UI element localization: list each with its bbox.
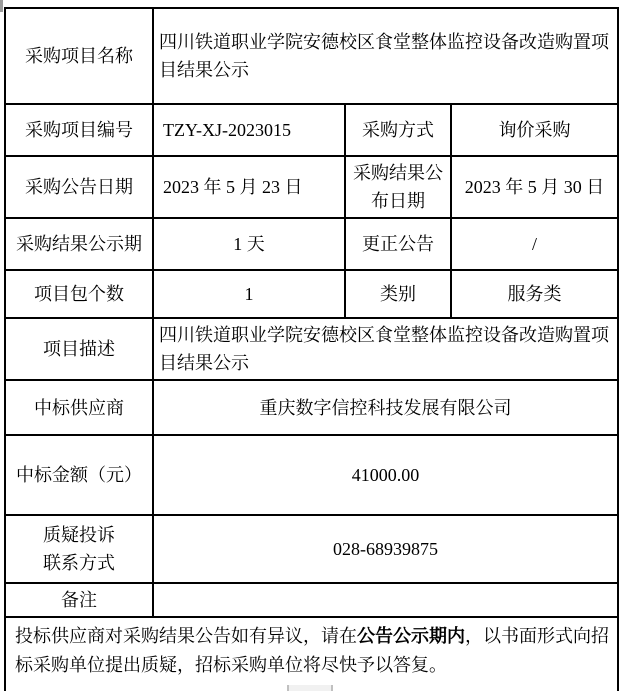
value-remarks — [153, 583, 618, 617]
value-project-number: TZY-XJ-2023015 — [153, 104, 345, 156]
value-winning-amount: 41000.00 — [153, 435, 618, 515]
row-project-name: 采购项目名称 四川铁道职业学院安德校区食堂整体监控设备改造购置项目结果公示 — [5, 8, 618, 104]
row-winning-amount: 中标金额（元） 41000.00 — [5, 435, 618, 515]
procurement-result-table: 采购项目名称 四川铁道职业学院安德校区食堂整体监控设备改造购置项目结果公示 采购… — [4, 7, 619, 691]
value-announce-date: 2023 年 5 月 23 日 — [153, 156, 345, 218]
label-correction-notice: 更正公告 — [345, 218, 451, 270]
row-complaint-contact: 质疑投诉 联系方式 028-68939875 — [5, 515, 618, 583]
label-publicity-period: 采购结果公示期 — [5, 218, 153, 270]
value-category: 服务类 — [451, 270, 618, 318]
value-project-name: 四川铁道职业学院安德校区食堂整体监控设备改造购置项目结果公示 — [153, 8, 618, 104]
label-winning-supplier: 中标供应商 — [5, 380, 153, 435]
scan-artifact-bottom — [287, 685, 333, 691]
footer-note-bold: 公告公示期内 — [357, 626, 465, 646]
label-complaint-contact-line1: 质疑投诉 — [43, 525, 115, 545]
row-project-number: 采购项目编号 TZY-XJ-2023015 采购方式 询价采购 — [5, 104, 618, 156]
row-publicity-period: 采购结果公示期 1 天 更正公告 / — [5, 218, 618, 270]
label-project-name: 采购项目名称 — [5, 8, 153, 104]
label-winning-amount: 中标金额（元） — [5, 435, 153, 515]
value-winning-supplier: 重庆数字信控科技发展有限公司 — [153, 380, 618, 435]
value-package-count: 1 — [153, 270, 345, 318]
footer-note-pre: 投标供应商对采购结果公告如有异议，请在 — [15, 626, 357, 646]
label-result-publish-date: 采购结果公布日期 — [345, 156, 451, 218]
value-project-desc: 四川铁道职业学院安德校区食堂整体监控设备改造购置项目结果公示 — [153, 318, 618, 380]
label-complaint-contact-line2: 联系方式 — [43, 553, 115, 573]
value-publicity-period: 1 天 — [153, 218, 345, 270]
label-complaint-contact: 质疑投诉 联系方式 — [5, 515, 153, 583]
label-category: 类别 — [345, 270, 451, 318]
row-winning-supplier: 中标供应商 重庆数字信控科技发展有限公司 — [5, 380, 618, 435]
value-result-publish-date: 2023 年 5 月 30 日 — [451, 156, 618, 218]
label-remarks: 备注 — [5, 583, 153, 617]
row-package-count: 项目包个数 1 类别 服务类 — [5, 270, 618, 318]
scan-artifact-corner — [0, 0, 3, 12]
label-package-count: 项目包个数 — [5, 270, 153, 318]
value-correction-notice: / — [451, 218, 618, 270]
row-remarks: 备注 — [5, 583, 618, 617]
procurement-result-document: 采购项目名称 四川铁道职业学院安德校区食堂整体监控设备改造购置项目结果公示 采购… — [0, 0, 622, 691]
label-announce-date: 采购公告日期 — [5, 156, 153, 218]
label-project-number: 采购项目编号 — [5, 104, 153, 156]
row-project-desc: 项目描述 四川铁道职业学院安德校区食堂整体监控设备改造购置项目结果公示 — [5, 318, 618, 380]
label-project-desc: 项目描述 — [5, 318, 153, 380]
label-procurement-method: 采购方式 — [345, 104, 451, 156]
row-announce-date: 采购公告日期 2023 年 5 月 23 日 采购结果公布日期 2023 年 5… — [5, 156, 618, 218]
footer-note: 投标供应商对采购结果公告如有异议，请在公告公示期内，以书面形式向招标采购单位提出… — [5, 617, 618, 691]
value-complaint-contact: 028-68939875 — [153, 515, 618, 583]
row-footer-note: 投标供应商对采购结果公告如有异议，请在公告公示期内，以书面形式向招标采购单位提出… — [5, 617, 618, 691]
value-procurement-method: 询价采购 — [451, 104, 618, 156]
